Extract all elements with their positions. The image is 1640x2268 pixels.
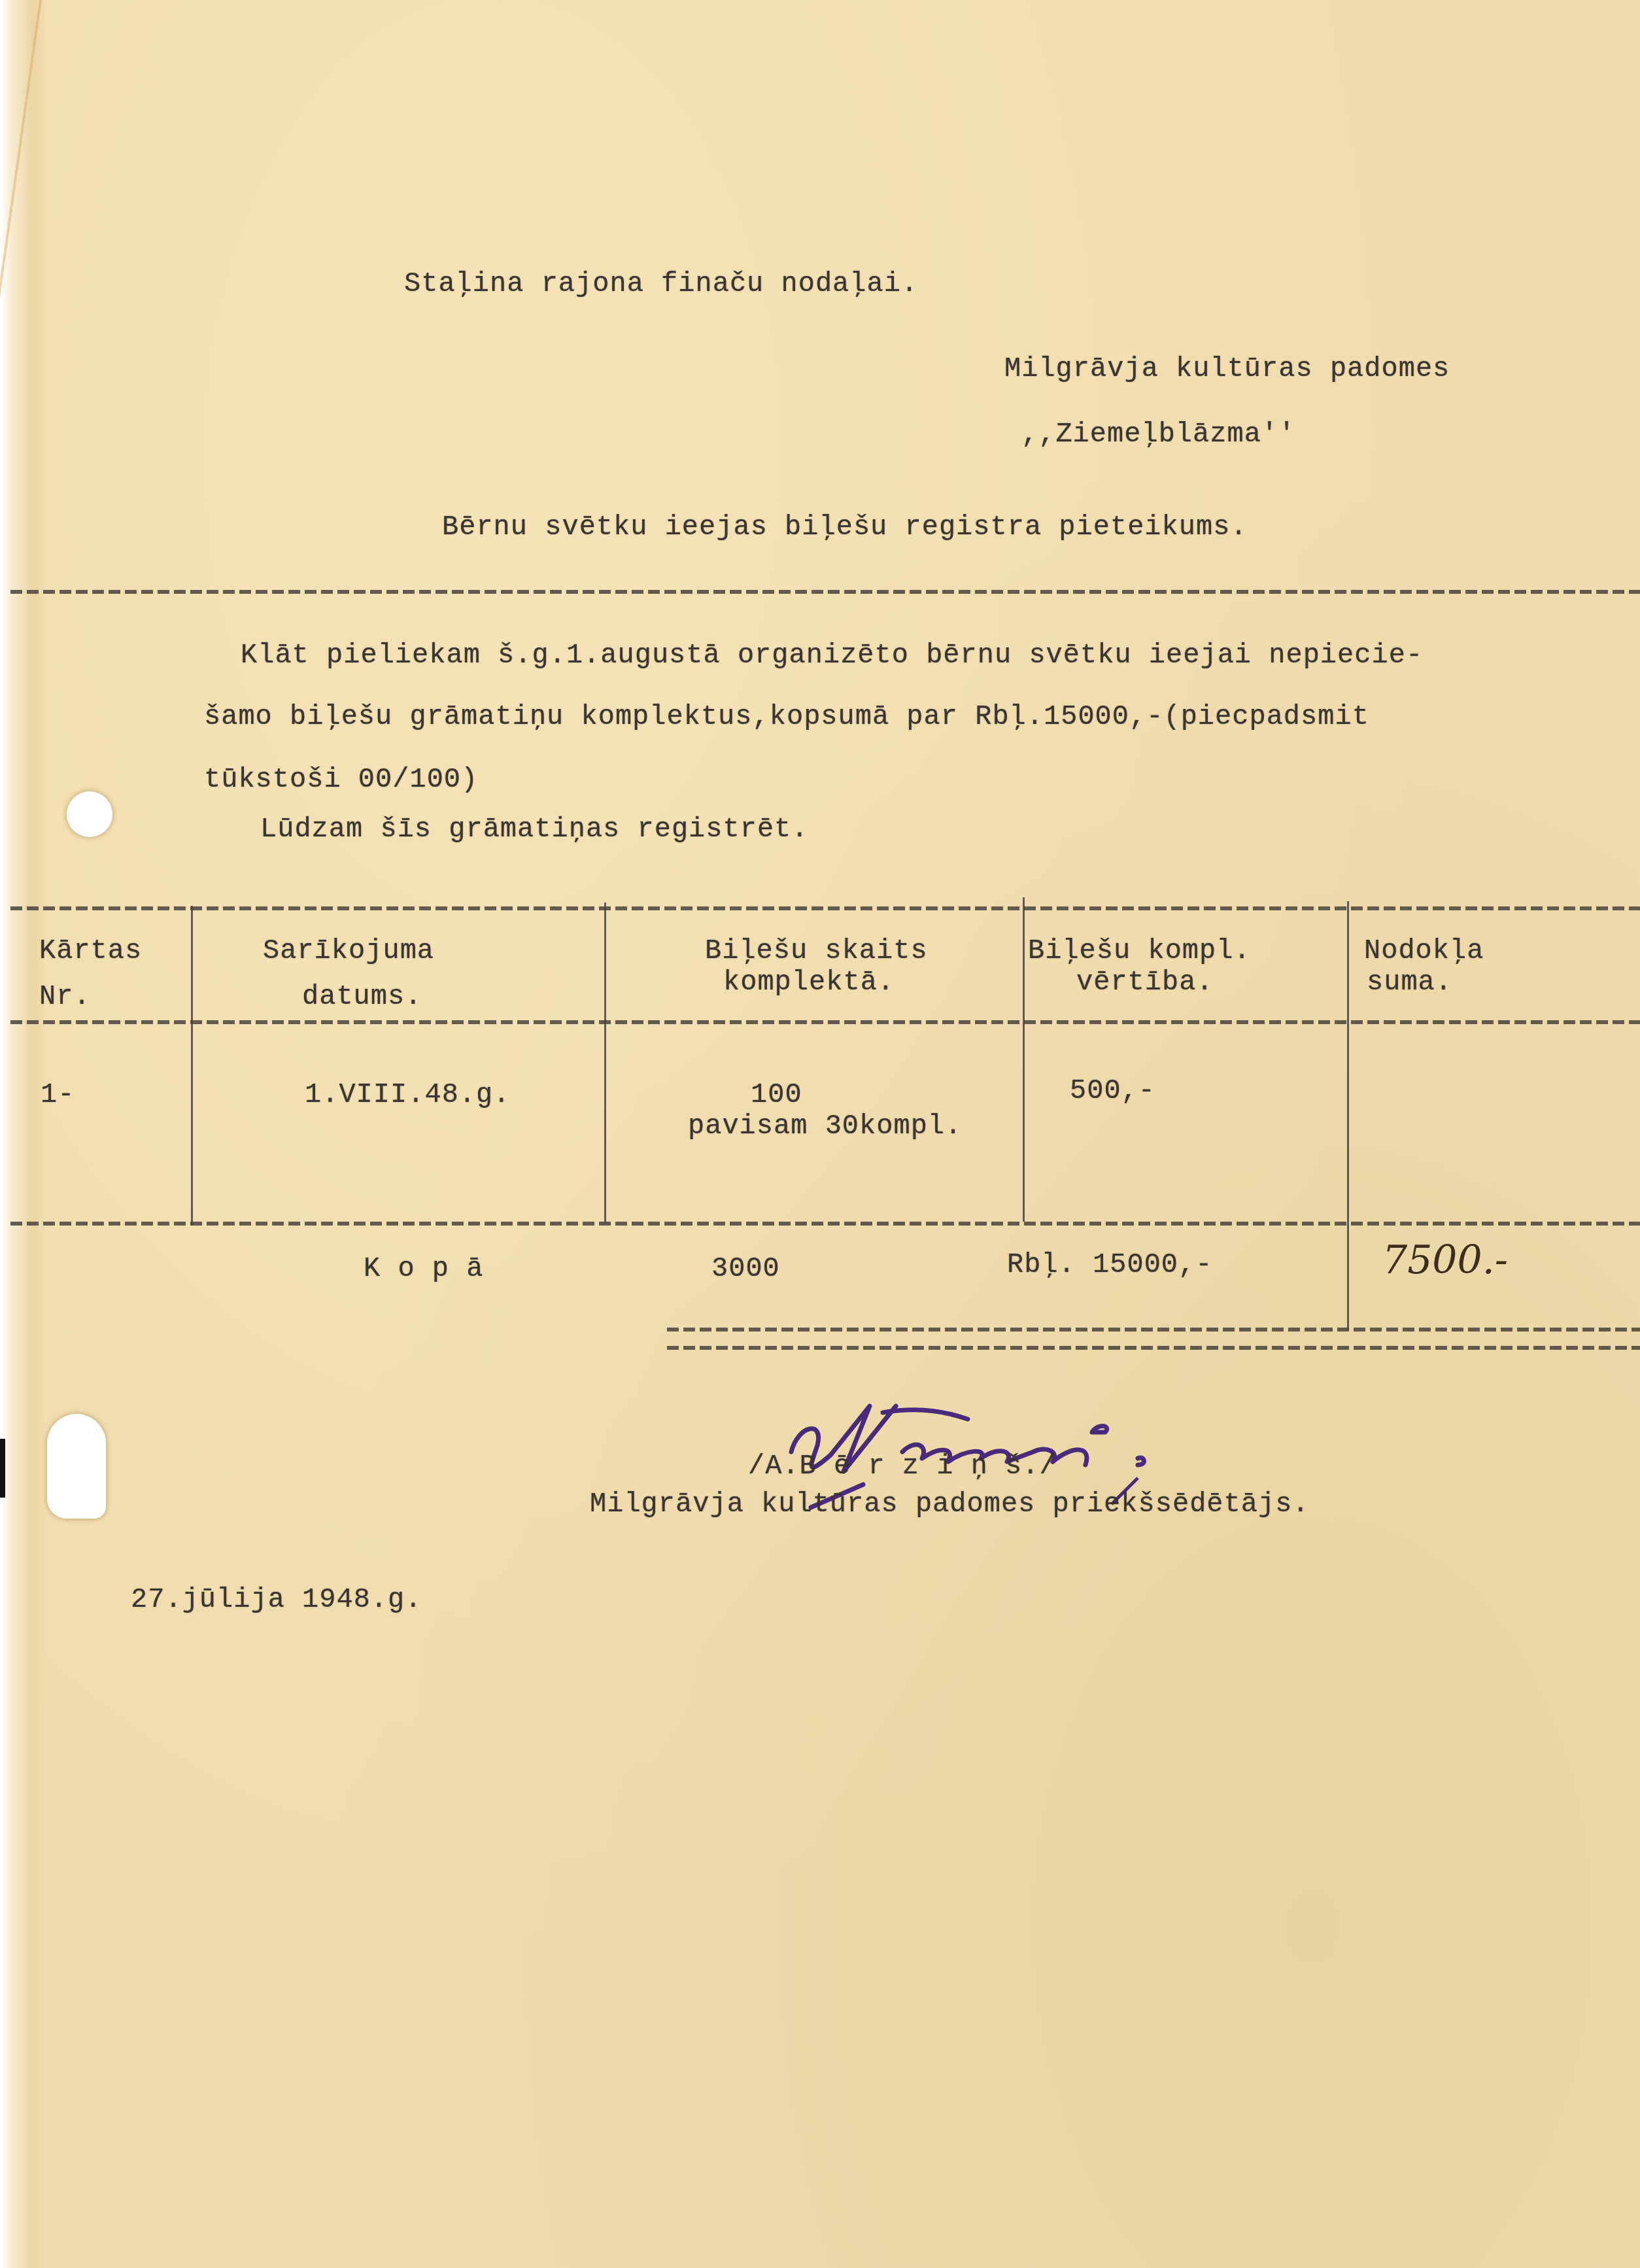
col-divider-4 [1347,901,1349,1330]
table-body-border [10,1222,1640,1226]
punch-hole-top [67,791,112,837]
total-value: Rbļ. 15000,- [1007,1249,1212,1280]
col-divider-1 [191,906,193,1225]
header-nr-line2: Nr. [39,981,91,1012]
cell-date: 1.VIII.48.g. [305,1079,510,1110]
table-top-border [10,906,1640,910]
edge-shadow [0,1439,5,1498]
total-underline-2 [667,1346,1640,1350]
page-edge [0,0,46,2268]
header-count-line2: komplektā. [723,967,895,998]
cell-count-line1: 100 [751,1079,802,1110]
header-date-line1: Sarīkojuma [263,935,434,967]
signatory-name: /A.B ē r z i ņ š./ [748,1451,1057,1482]
header-value-line1: Biļešu kompl. [1028,935,1251,967]
header-nr-line1: Kārtas [39,935,142,967]
header-value-line2: vērtība. [1076,967,1214,998]
col-divider-3 [1023,897,1025,1222]
header-date-line2: datums. [302,981,422,1012]
body-line-2: šamo biļešu grāmatiņu komplektus,kopsumā… [204,701,1369,732]
header-tax-line1: Nodokļa [1364,935,1484,967]
body-line-4: Lūdzam šīs grāmatiņas registrēt. [260,814,809,845]
signatory-position: Milgrāvja kultūras padomes priekšsēdētāj… [590,1488,1310,1520]
cell-value: 500,- [1070,1075,1155,1107]
body-line-3: tūkstoši 00/100) [204,764,478,795]
total-count: 3000 [711,1253,780,1284]
table-header-border [10,1020,1640,1024]
punch-hole-torn [47,1414,106,1519]
body-line-1: Klāt pieliekam š.g.1.augustā organizēto … [241,640,1423,671]
document-date: 27.jūlija 1948.g. [131,1584,422,1615]
cell-count-line2: pavisam 30kompl. [688,1110,962,1142]
sender-name: ,,Ziemeļblāzma'' [1021,419,1295,450]
addressee: Staļina rajona finaču nodaļai. [404,268,918,300]
cell-nr: 1- [41,1079,75,1110]
header-tax-line2: suma. [1367,967,1452,998]
sender-organization: Milgrāvja kultūras padomes [1004,353,1450,385]
header-count-line1: Biļešu skaits [705,935,928,967]
total-tax-handwritten: 7500.- [1382,1237,1508,1283]
col-divider-2 [604,902,606,1223]
total-label: K o p ā [364,1253,483,1284]
separator-line [10,590,1640,594]
document-title: Bērnu svētku ieejas biļešu registra piet… [442,511,1248,543]
total-underline-1 [667,1328,1640,1332]
